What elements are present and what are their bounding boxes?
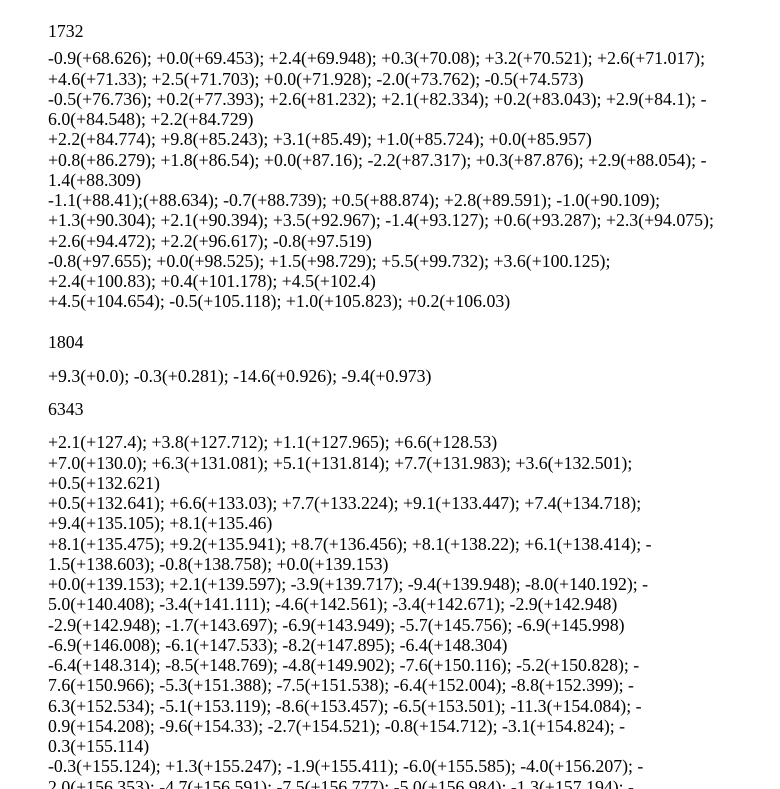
data-line: +0.5(+132.641); +6.6(+133.03); +7.7(+133… [48,493,780,513]
data-line: +2.2(+84.774); +9.8(+85.243); +3.1(+85.4… [48,129,780,149]
data-line: +2.6(+94.472); +2.2(+96.617); -0.8(+97.5… [48,231,780,251]
data-line: 5.0(+140.408); -3.4(+141.111); -4.6(+142… [48,594,780,614]
data-line: -0.5(+76.736); +0.2(+77.393); +2.6(+81.2… [48,89,780,109]
section-header: 1804 [48,332,780,352]
data-line: -0.3(+155.124); +1.3(+155.247); -1.9(+15… [48,756,780,776]
data-line: +8.1(+135.475); +9.2(+135.941); +8.7(+13… [48,534,780,554]
data-line: +0.8(+86.279); +1.8(+86.54); +0.0(+87.16… [48,150,780,170]
document-page: 1732-0.9(+68.626); +0.0(+69.453); +2.4(+… [0,0,780,789]
data-line: 6.3(+152.534); -5.1(+153.119); -8.6(+153… [48,696,780,716]
data-line: 2.0(+156.353); -4.7(+156.591); -7.5(+156… [48,777,780,789]
data-line: +0.5(+132.621) [48,473,780,493]
section-6343: 6343+2.1(+127.4); +3.8(+127.712); +1.1(+… [48,399,780,789]
data-line: +4.6(+71.33); +2.5(+71.703); +0.0(+71.92… [48,69,780,89]
section-1804: 1804+9.3(+0.0); -0.3(+0.281); -14.6(+0.9… [48,332,780,387]
data-line: +1.3(+90.304); +2.1(+90.394); +3.5(+92.9… [48,210,780,230]
data-line: +2.1(+127.4); +3.8(+127.712); +1.1(+127.… [48,432,780,452]
data-line: 1.5(+138.603); -0.8(+138.758); +0.0(+139… [48,554,780,574]
data-line: -2.9(+142.948); -1.7(+143.697); -6.9(+14… [48,615,780,635]
data-line: -0.9(+68.626); +0.0(+69.453); +2.4(+69.9… [48,48,780,68]
data-line: 7.6(+150.966); -5.3(+151.388); -7.5(+151… [48,675,780,695]
data-line: +4.5(+104.654); -0.5(+105.118); +1.0(+10… [48,291,780,311]
data-line: +9.3(+0.0); -0.3(+0.281); -14.6(+0.926);… [48,366,780,386]
data-line: -1.1(+88.41);(+88.634); -0.7(+88.739); +… [48,190,780,210]
data-line: +2.4(+100.83); +0.4(+101.178); +4.5(+102… [48,271,780,291]
data-line: +9.4(+135.105); +8.1(+135.46) [48,513,780,533]
section-header: 1732 [48,21,780,41]
data-line: 1.4(+88.309) [48,170,780,190]
section-header: 6343 [48,399,780,419]
section-1732: 1732-0.9(+68.626); +0.0(+69.453); +2.4(+… [48,21,780,312]
data-line: +0.0(+139.153); +2.1(+139.597); -3.9(+13… [48,574,780,594]
data-line: 0.3(+155.114) [48,736,780,756]
data-line: -0.8(+97.655); +0.0(+98.525); +1.5(+98.7… [48,251,780,271]
data-line: +7.0(+130.0); +6.3(+131.081); +5.1(+131.… [48,453,780,473]
data-line: -6.4(+148.314); -8.5(+148.769); -4.8(+14… [48,655,780,675]
data-line: 0.9(+154.208); -9.6(+154.33); -2.7(+154.… [48,716,780,736]
data-line: 6.0(+84.548); +2.2(+84.729) [48,109,780,129]
data-line: -6.9(+146.008); -6.1(+147.533); -8.2(+14… [48,635,780,655]
